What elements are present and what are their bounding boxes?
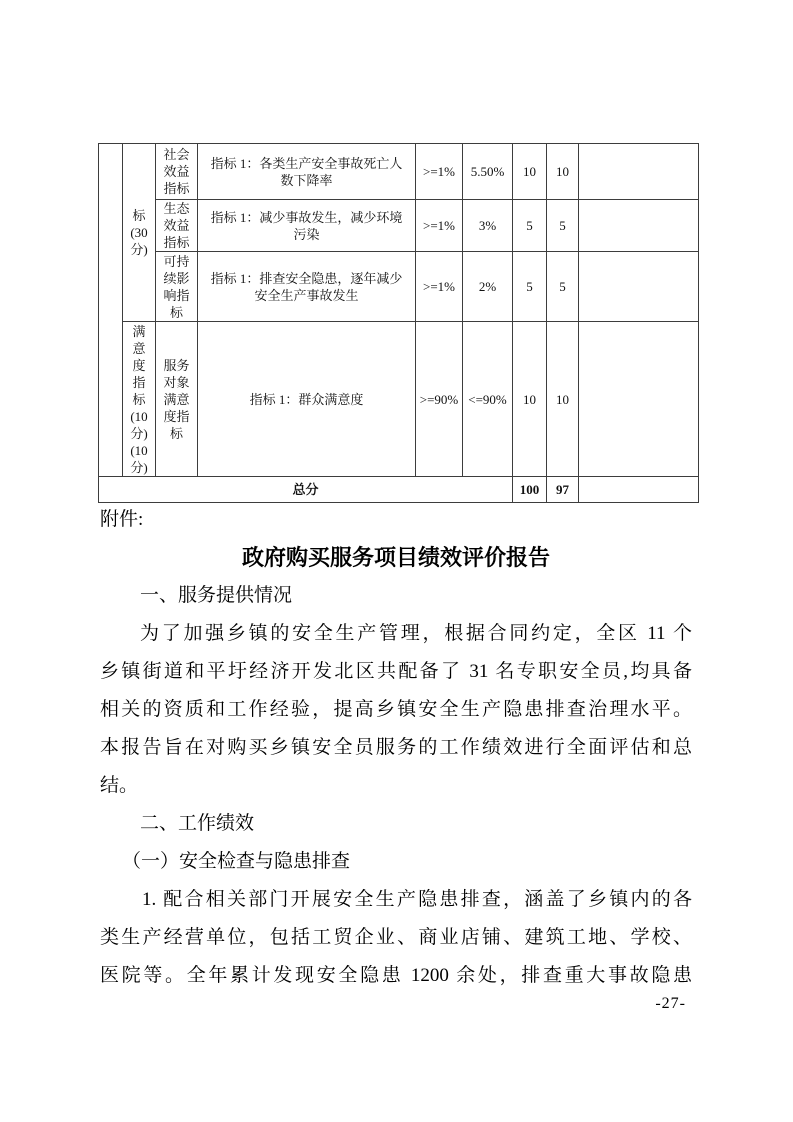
cell-score: 5: [547, 252, 579, 322]
document-page: 标 (30 分) 社会 效益 指标 指标 1：各类生产安全事故死亡人 数下降率 …: [0, 0, 793, 1122]
indicator-row-social-benefit: 标 (30 分) 社会 效益 指标 指标 1：各类生产安全事故死亡人 数下降率 …: [99, 144, 699, 200]
cell-indicator: 指标 1：排查安全隐患，逐年减少 安全生产事故发生: [198, 252, 416, 322]
performance-indicator-table: 标 (30 分) 社会 效益 指标 指标 1：各类生产安全事故死亡人 数下降率 …: [98, 143, 699, 503]
cell-total-score: 97: [547, 477, 579, 503]
cell-subcategory: 社会 效益 指标: [156, 144, 198, 200]
cell-left-margin: [99, 144, 123, 477]
cell-target-value: >=1%: [416, 252, 463, 322]
paragraph-line: 本报告旨在对购买乡镇安全员服务的工作绩效进行全面评估和总: [100, 729, 692, 767]
attachment-label: 附件:: [100, 501, 692, 539]
cell-full-score: 10: [513, 322, 547, 477]
page-number: -27-: [655, 995, 686, 1013]
cell-category-satisfaction: 满 意 度 指 标 (10 分) (10 分): [123, 322, 156, 477]
indicator-row-sustainable-impact: 可持 续影 响指 标 指标 1：排查安全隐患，逐年减少 安全生产事故发生 >=1…: [99, 252, 699, 322]
cell-target-value: >=1%: [416, 144, 463, 200]
cell-indicator: 指标 1：各类生产安全事故死亡人 数下降率: [198, 144, 416, 200]
report-body: 附件: 政府购买服务项目绩效评价报告 一、服务提供情况 为了加强乡镇的安全生产管…: [100, 501, 692, 995]
paragraph-line: 相关的资质和工作经验，提高乡镇安全生产隐患排查治理水平。: [100, 691, 692, 729]
heading-subsection-1: （一）安全检查与隐患排查: [100, 843, 692, 881]
cell-score: 5: [547, 200, 579, 252]
paragraph-line: 乡镇街道和平圩经济开发北区共配备了 31 名专职安全员,均具备: [100, 653, 692, 691]
cell-target-value: >=1%: [416, 200, 463, 252]
cell-remark: [579, 252, 699, 322]
cell-full-score: 10: [513, 144, 547, 200]
paragraph-line: 为了加强乡镇的安全生产管理，根据合同约定，全区 11 个: [100, 615, 692, 653]
cell-indicator: 指标 1：减少事故发生，减少环境 污染: [198, 200, 416, 252]
cell-subcategory: 服务 对象 满意 度指 标: [156, 322, 198, 477]
cell-remark: [579, 144, 699, 200]
cell-target-value: >=90%: [416, 322, 463, 477]
cell-score: 10: [547, 322, 579, 477]
cell-actual-value: 2%: [463, 252, 513, 322]
cell-full-score: 5: [513, 252, 547, 322]
cell-actual-value: <=90%: [463, 322, 513, 477]
paragraph-line: 类生产经营单位，包括工贸企业、商业店铺、建筑工地、学校、: [100, 919, 692, 957]
cell-full-score: 5: [513, 200, 547, 252]
total-score-row: 总分 100 97: [99, 477, 699, 503]
indicator-row-ecological-benefit: 生态 效益 指标 指标 1：减少事故发生，减少环境 污染 >=1% 3% 5 5: [99, 200, 699, 252]
cell-total-remark: [579, 477, 699, 503]
indicator-row-satisfaction: 满 意 度 指 标 (10 分) (10 分) 服务 对象 满意 度指 标 指标…: [99, 322, 699, 477]
cell-actual-value: 5.50%: [463, 144, 513, 200]
cell-category-output: 标 (30 分): [123, 144, 156, 322]
cell-remark: [579, 200, 699, 252]
paragraph-line: 结。: [100, 767, 692, 805]
cell-actual-value: 3%: [463, 200, 513, 252]
paragraph-line: 1. 配合相关部门开展安全生产隐患排查，涵盖了乡镇内的各: [100, 881, 692, 919]
heading-section-2: 二、工作绩效: [100, 805, 692, 843]
paragraph-line: 医院等。全年累计发现安全隐患 1200 余处，排查重大事故隐患: [100, 957, 692, 995]
cell-total-full-score: 100: [513, 477, 547, 503]
cell-subcategory: 生态 效益 指标: [156, 200, 198, 252]
cell-score: 10: [547, 144, 579, 200]
cell-remark: [579, 322, 699, 477]
report-title: 政府购买服务项目绩效评价报告: [100, 539, 692, 577]
cell-indicator: 指标 1：群众满意度: [198, 322, 416, 477]
cell-subcategory: 可持 续影 响指 标: [156, 252, 198, 322]
cell-total-label: 总分: [99, 477, 513, 503]
heading-section-1: 一、服务提供情况: [100, 577, 692, 615]
